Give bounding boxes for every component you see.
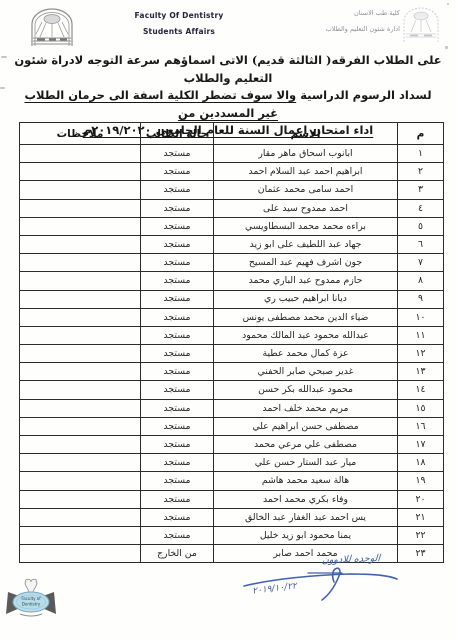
row-notes-cell (20, 272, 141, 290)
row-number-cell: ٦ (398, 235, 444, 253)
row-notes-cell (20, 417, 141, 435)
row-number-cell: ٢ (398, 163, 444, 181)
table-row: ١٨ميار عبد الستار حسن عليمستجد (20, 454, 444, 472)
row-number-cell: ٢١ (398, 508, 444, 526)
student-status-cell: مستجد (141, 472, 214, 490)
row-notes-cell (20, 490, 141, 508)
student-roster-table: م الاسم حالة الطالب ملاحظات ١ابانوب اسحا… (19, 122, 444, 563)
table-row: ٢ابراهيم احمد عبد السلام احمدمستجد (20, 163, 444, 181)
student-status-cell: مستجد (141, 326, 214, 344)
notice-line-1: على الطلاب الفرقه( الثالثة قديم) الاتى ا… (14, 52, 442, 87)
student-name-cell: ميار عبد الستار حسن علي (214, 454, 398, 472)
row-number-cell: ١٣ (398, 363, 444, 381)
student-name-cell: غدير صبحي صابر الحفني (214, 363, 398, 381)
student-status-cell: مستجد (141, 235, 214, 253)
faculty-name-en: Faculty Of Dentistry (104, 11, 254, 20)
row-number-cell: ٢٠ (398, 490, 444, 508)
student-name-cell: جهاد عبد اللطيف على ابو زيد (214, 235, 398, 253)
student-status-cell: مستجد (141, 217, 214, 235)
row-number-cell: ١٦ (398, 417, 444, 435)
row-notes-cell (20, 199, 141, 217)
student-table-body: ١ابانوب اسحاق ماهر مقارمستجد٢ابراهيم احم… (20, 145, 444, 563)
faculty-english-title: Faculty Of Dentistry Students Affairs (104, 11, 254, 36)
row-notes-cell (20, 217, 141, 235)
row-notes-cell (20, 472, 141, 490)
table-row: ١٧مصطفى علي مرعي محمدمستجد (20, 436, 444, 454)
row-notes-cell (20, 181, 141, 199)
student-status-cell: مستجد (141, 436, 214, 454)
student-name-cell: عبدالله محمود عبد المالك محمود (214, 326, 398, 344)
column-header-number: م (398, 123, 444, 145)
row-notes-cell (20, 326, 141, 344)
university-stamp-right (398, 5, 444, 43)
student-name-cell: مصطفى حسن ابراهيم علي (214, 417, 398, 435)
student-name-cell: ابانوب اسحاق ماهر مقار (214, 145, 398, 163)
student-name-cell: مريم محمد خلف احمد (214, 399, 398, 417)
student-status-cell: مستجد (141, 145, 214, 163)
row-number-cell: ١٨ (398, 454, 444, 472)
row-number-cell: ١٥ (398, 399, 444, 417)
row-number-cell: ١٠ (398, 308, 444, 326)
table-row: ١٩هالة سعيد محمد هاشممستجد (20, 472, 444, 490)
table-row: ١٠ضياء الدين محمد مصطفى يونسمستجد (20, 308, 444, 326)
table-row: ١٥مريم محمد خلف احمدمستجد (20, 399, 444, 417)
table-row: ٧جون اشرف فهيم عبد المسيحمستجد (20, 254, 444, 272)
row-number-cell: ٩ (398, 290, 444, 308)
student-name-cell: محمود عبدالله بكر حسن (214, 381, 398, 399)
student-name-cell: ديانا ابراهيم حبيب ري (214, 290, 398, 308)
table-row: ١١عبدالله محمود عبد المالك محمودمستجد (20, 326, 444, 344)
row-notes-cell (20, 545, 141, 563)
row-notes-cell (20, 381, 141, 399)
student-name-cell: ابراهيم احمد عبد السلام احمد (214, 163, 398, 181)
scan-artifact (445, 46, 448, 49)
scan-artifact (1, 56, 7, 58)
student-status-cell: مستجد (141, 526, 214, 544)
student-status-cell: مستجد (141, 272, 214, 290)
row-notes-cell (20, 235, 141, 253)
student-status-cell: مستجد (141, 399, 214, 417)
student-name-cell: جون اشرف فهيم عبد المسيح (214, 254, 398, 272)
student-status-cell: مستجد (141, 417, 214, 435)
row-notes-cell (20, 345, 141, 363)
row-number-cell: ١٢ (398, 345, 444, 363)
row-notes-cell (20, 508, 141, 526)
department-name-en: Students Affairs (104, 27, 254, 36)
row-number-cell: ٤ (398, 199, 444, 217)
student-name-cell: ضياء الدين محمد مصطفى يونس (214, 308, 398, 326)
row-notes-cell (20, 163, 141, 181)
table-row: ١٦مصطفى حسن ابراهيم عليمستجد (20, 417, 444, 435)
row-number-cell: ٧ (398, 254, 444, 272)
student-name-cell: احمد ممدوح سيد على (214, 199, 398, 217)
table-row: ١٣غدير صبحي صابر الحفنيمستجد (20, 363, 444, 381)
row-number-cell: ١ (398, 145, 444, 163)
table-row: ٢١يس احمد عبد الغفار عبد الخالقمستجد (20, 508, 444, 526)
row-number-cell: ١٤ (398, 381, 444, 399)
student-status-cell: مستجد (141, 308, 214, 326)
table-row: ٨حازم ممدوح عبد الباري محمدمستجد (20, 272, 444, 290)
student-name-cell: حازم ممدوح عبد الباري محمد (214, 272, 398, 290)
scan-artifact (0, 87, 5, 89)
row-notes-cell (20, 290, 141, 308)
faculty-name-ar: كلية طب الاسنان (288, 10, 400, 17)
row-notes-cell (20, 526, 141, 544)
student-status-cell: مستجد (141, 363, 214, 381)
row-notes-cell (20, 308, 141, 326)
student-status-cell: مستجد (141, 454, 214, 472)
row-number-cell: ١٧ (398, 436, 444, 454)
table-row: ٤احمد ممدوح سيد علىمستجد (20, 199, 444, 217)
student-status-cell: مستجد (141, 290, 214, 308)
student-name-cell: براءه محمد محمد البسطاويسي (214, 217, 398, 235)
student-name-cell: هالة سعيد محمد هاشم (214, 472, 398, 490)
table-row: ٢٠وفاء بكري محمد احمدمستجد (20, 490, 444, 508)
scan-artifact (447, 3, 449, 5)
table-row: ٦جهاد عبد اللطيف على ابو زيدمستجد (20, 235, 444, 253)
student-name-cell: مصطفى علي مرعي محمد (214, 436, 398, 454)
student-status-cell: مستجد (141, 163, 214, 181)
row-notes-cell (20, 399, 141, 417)
table-row: ٩ديانا ابراهيم حبيب ريمستجد (20, 290, 444, 308)
student-name-cell: يمنا محمود ابو زيد خليل (214, 526, 398, 544)
svg-text:Faculty of: Faculty of (21, 596, 41, 601)
row-notes-cell (20, 436, 141, 454)
student-name-cell: عزة كمال محمد عطية (214, 345, 398, 363)
student-status-cell: مستجد (141, 345, 214, 363)
student-status-cell: مستجد (141, 490, 214, 508)
student-name-cell: وفاء بكري محمد احمد (214, 490, 398, 508)
table-row: ٢٢يمنا محمود ابو زيد خليلمستجد (20, 526, 444, 544)
department-name-ar: ادارة شئون التعليم والطلاب (288, 26, 400, 33)
row-notes-cell (20, 145, 141, 163)
table-row: ٣احمد سامى محمد عثمانمستجد (20, 181, 444, 199)
student-status-cell: مستجد (141, 181, 214, 199)
university-stamp-left (25, 7, 79, 47)
notice-line-2: لسداد الرسوم الدراسية والا سوف تضطر الكل… (14, 87, 442, 122)
table-row: ١ابانوب اسحاق ماهر مقارمستجد (20, 145, 444, 163)
row-number-cell: ١٩ (398, 472, 444, 490)
faculty-emblem: Faculty of Dentistry (6, 578, 56, 624)
table-row: ١٢عزة كمال محمد عطيةمستجد (20, 345, 444, 363)
column-header-status: حالة الطالب (141, 123, 214, 145)
row-notes-cell (20, 254, 141, 272)
student-status-cell: مستجد (141, 254, 214, 272)
row-notes-cell (20, 454, 141, 472)
row-number-cell: ٢٢ (398, 526, 444, 544)
table-row: ٥براءه محمد محمد البسطاويسيمستجد (20, 217, 444, 235)
table-row: ١٤محمود عبدالله بكر حسنمستجد (20, 381, 444, 399)
row-number-cell: ٨ (398, 272, 444, 290)
row-number-cell: ٣ (398, 181, 444, 199)
row-number-cell: ٥ (398, 217, 444, 235)
student-status-cell: مستجد (141, 381, 214, 399)
svg-text:Dentistry: Dentistry (22, 602, 41, 607)
student-status-cell: مستجد (141, 508, 214, 526)
row-notes-cell (20, 363, 141, 381)
student-name-cell: احمد سامى محمد عثمان (214, 181, 398, 199)
faculty-arabic-title: كلية طب الاسنان ادارة شئون التعليم والطل… (288, 10, 400, 32)
student-name-cell: يس احمد عبد الغفار عبد الخالق (214, 508, 398, 526)
student-status-cell: من الخارج (141, 545, 214, 563)
column-header-notes: ملاحظات (20, 123, 141, 145)
column-header-name: الاسم (214, 123, 398, 145)
student-status-cell: مستجد (141, 199, 214, 217)
row-number-cell: ١١ (398, 326, 444, 344)
table-header-row: م الاسم حالة الطالب ملاحظات (20, 123, 444, 145)
